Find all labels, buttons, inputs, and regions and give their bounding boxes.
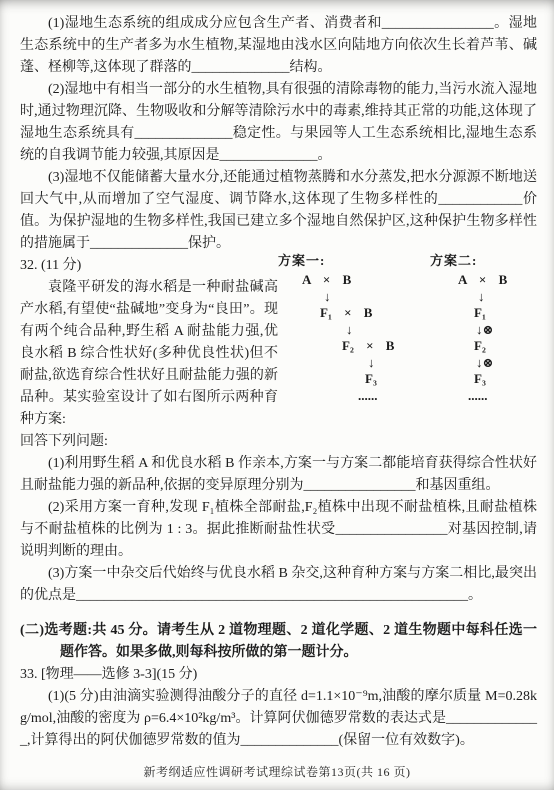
ellipsis-continuation: ...... [358, 388, 430, 405]
scheme2-f1: F₁ [474, 305, 537, 322]
down-arrow-selfing-icon: ↓⊗ [476, 322, 537, 339]
exam-page: (1)湿地生态系统的组成成分应包含生产者、消费者和_______________… [0, 0, 554, 790]
ellipsis-continuation: ...... [468, 388, 537, 405]
q32-part2: (2)采用方案一育种,发现 F₁植株全部耐盐,F₂植株中出现不耐盐植株,且耐盐植… [20, 497, 537, 563]
breeding-schemes-diagram: 方案一: A × B ↓ F₁ × B ↓ F₂ × B ↓ F₃ ......… [278, 252, 537, 404]
question-33: 33. [物理——选修 3-3](15 分) (1)(5 分)由油滴实验测得油酸… [20, 664, 537, 752]
q31-part3: (3)湿地不仅能储蓄大量水分,还能通过植物蒸腾和水分蒸发,把水分源源不断地送回大… [20, 167, 537, 255]
scheme1-f3: F₃ [365, 371, 430, 388]
scheme1-f1-cross: F₁ × B [320, 305, 430, 322]
question-32: 32. (11 分) 方案一: A × B ↓ F₁ × B ↓ F₂ × B … [20, 255, 537, 607]
down-arrow-icon: ↓ [478, 289, 537, 306]
section-2-instructions: (二)选考题:共 45 分。请考生从 2 道物理题、2 道化学题、2 道生物题中… [20, 620, 537, 664]
scheme1-cross-steps: A × B ↓ F₁ × B ↓ F₂ × B ↓ F₃ ...... [278, 272, 430, 404]
q32-prompt: 回答下列问题: [20, 431, 537, 453]
q32-part3: (3)方案一中杂交后代始终与优良水稻 B 杂交,这种育种方案与方案二相比,最突出… [20, 563, 537, 607]
scheme1-cross-parents: A × B [302, 272, 430, 289]
down-arrow-icon: ↓ [324, 289, 430, 306]
down-arrow-icon: ↓ [368, 355, 430, 372]
q32-part1: (1)利用野生稻 A 和优良水稻 B 作亲本,方案一与方案二都能培育获得综合性状… [20, 453, 537, 497]
q31-part1: (1)湿地生态系统的组成成分应包含生产者、消费者和_______________… [20, 13, 537, 79]
scheme2-f2: F₂ [474, 338, 537, 355]
q31-part2: (2)湿地中有相当一部分的水生植物,具有很强的清除毒物的能力,当污水流入湿地时,… [20, 79, 537, 167]
breeding-scheme-1: 方案一: A × B ↓ F₁ × B ↓ F₂ × B ↓ F₃ ...... [278, 252, 430, 404]
exam-page-content: (1)湿地生态系统的组成成分应包含生产者、消费者和_______________… [20, 13, 537, 752]
scheme2-title: 方案二: [430, 252, 537, 269]
down-arrow-icon: ↓ [346, 322, 430, 339]
scheme2-cross-steps: A × B ↓ F₁ ↓⊗ F₂ ↓⊗ F₃ ...... [430, 272, 537, 404]
q33-header: 33. [物理——选修 3-3](15 分) [20, 664, 537, 686]
scheme1-f2-cross: F₂ × B [342, 338, 430, 355]
down-arrow-selfing-icon: ↓⊗ [476, 355, 537, 372]
breeding-scheme-2: 方案二: A × B ↓ F₁ ↓⊗ F₂ ↓⊗ F₃ ...... [430, 252, 537, 404]
scheme1-title: 方案一: [278, 252, 430, 269]
q33-part1: (1)(5 分)由油滴实验测得油酸分子的直径 d=1.1×10⁻⁹m,油酸的摩尔… [20, 686, 537, 752]
q32-intro: 袁隆平研发的海水稻是一种耐盐碱高产水稻,有望使“盐碱地”变身为“良田”。现有两个… [20, 277, 278, 431]
scheme2-f3: F₃ [474, 371, 537, 388]
page-footer: 新考纲适应性调研考试理综试卷第13页(共 16 页) [0, 763, 554, 780]
scheme2-cross-parents: A × B [458, 272, 537, 289]
